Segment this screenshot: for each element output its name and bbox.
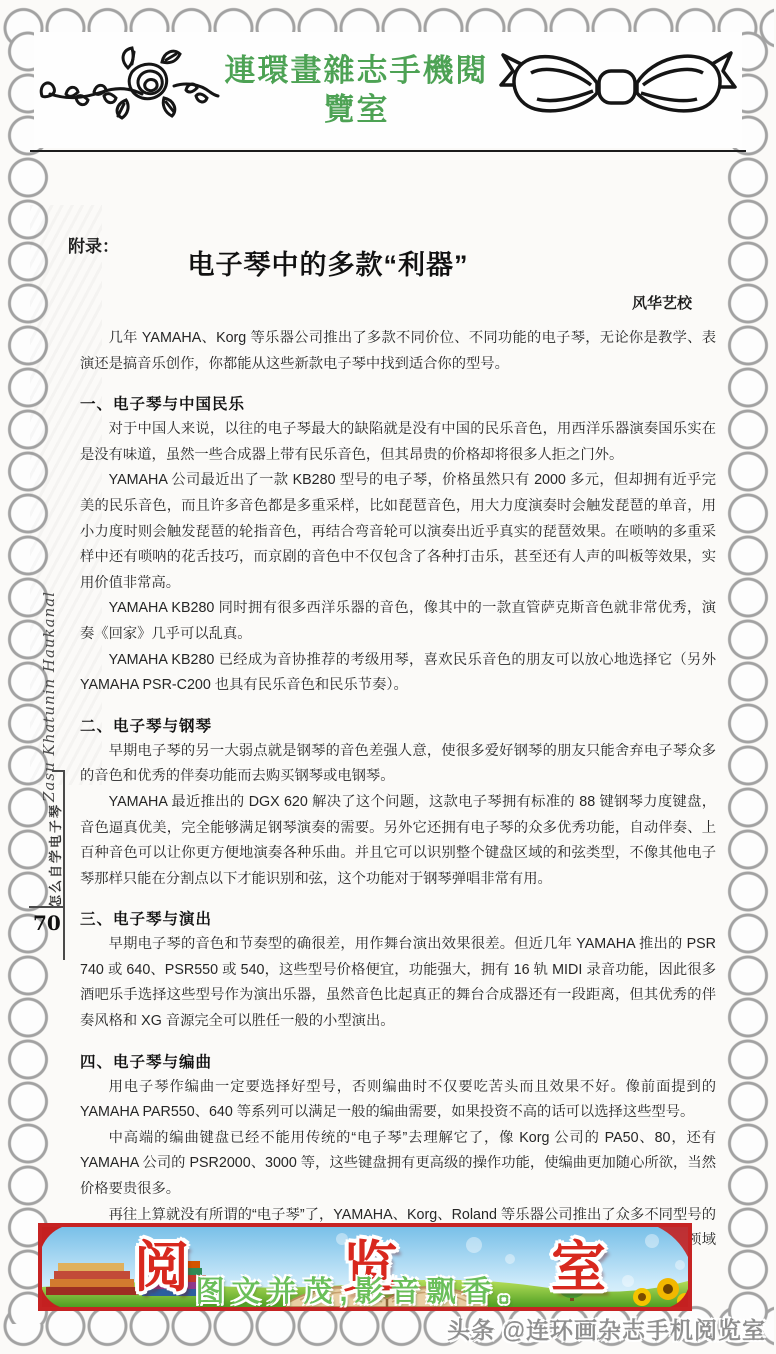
paragraph: 中高端的编曲键盘已经不能用传统的“电子琴”去理解它了，像 Korg 公司的 PA… bbox=[80, 1126, 716, 1203]
section-heading-1: 一、电子琴与中国民乐 bbox=[80, 392, 716, 414]
section-heading-4: 四、电子琴与编曲 bbox=[80, 1050, 716, 1072]
spine-vertical-title: 怎么自学电子琴 bbox=[45, 786, 64, 908]
intro-paragraph: 几年 YAMAHA、Korg 等乐器公司推出了多款不同价位、不同功能的电子琴，无… bbox=[80, 326, 716, 377]
spine-rule-horizontal bbox=[29, 906, 64, 908]
header-divider bbox=[30, 150, 746, 152]
banner-subtitle: 图文并茂,影音飘香。 bbox=[42, 1269, 688, 1310]
toutiao-watermark: 头条 @连环画杂志手机阅览室 bbox=[447, 1312, 766, 1345]
paragraph: YAMAHA 公司最近出了一款 KB280 型号的电子琴，价格虽然只有 2000… bbox=[80, 468, 716, 596]
appendix-label: 附录： bbox=[68, 232, 119, 257]
masthead: 連環畫雜志手機閱 覽室 bbox=[34, 32, 742, 148]
article: 电子琴中的多款“利器” 风华艺校 几年 YAMAHA、Korg 等乐器公司推出了… bbox=[80, 225, 716, 1279]
section-heading-3: 三、电子琴与演出 bbox=[80, 907, 716, 929]
paragraph: 用电子琴作编曲一定要选择好型号，否则编曲时不仅要吃苦头而且效果不好。像前面提到的… bbox=[80, 1075, 716, 1126]
paragraph: 早期电子琴的另一大弱点就是钢琴的音色差强人意，使很多爱好钢琴的朋友只能舍弃电子琴… bbox=[80, 739, 716, 790]
spine-rule-vertical bbox=[63, 770, 65, 960]
spine-rule-tick bbox=[52, 770, 64, 772]
masthead-title-line2: 覽室 bbox=[225, 90, 489, 129]
paragraph: YAMAHA KB280 同时拥有很多西洋乐器的音色，像其中的一款直管萨克斯音色… bbox=[80, 596, 716, 647]
scanned-magazine-page: 連環畫雜志手機閱 覽室 Zasu Khatunin Haukanal 怎么自学电… bbox=[0, 0, 776, 1354]
paragraph: YAMAHA 最近推出的 DGX 620 解决了这个问题，这款电子琴拥有标准的 … bbox=[80, 790, 716, 892]
flower-vine-icon bbox=[36, 42, 221, 139]
paragraph: 早期电子琴的音色和节奏型的确很差，用作舞台演出效果很差。但近几年 YAMAHA … bbox=[80, 932, 716, 1034]
paragraph: YAMAHA KB280 已经成为音协推荐的考级用琴，喜欢民乐音色的朋友可以放心… bbox=[80, 648, 716, 699]
bow-ribbon-icon bbox=[493, 41, 741, 140]
masthead-title: 連環畫雜志手機閱 覽室 bbox=[225, 51, 489, 129]
paragraph: 对于中国人来说，以往的电子琴最大的缺陷就是没有中国的民乐音色，用西洋乐器演奏国乐… bbox=[80, 417, 716, 468]
section-heading-2: 二、电子琴与钢琴 bbox=[80, 714, 716, 736]
page-number: 70 bbox=[33, 911, 61, 935]
article-author: 风华艺校 bbox=[80, 292, 716, 313]
masthead-title-line1: 連環畫雜志手機閱 bbox=[225, 51, 489, 90]
footer-banner: 阅 览 室 图文并茂,影音飘香。 bbox=[38, 1223, 692, 1311]
scallop-border-right bbox=[725, 30, 771, 1324]
article-title: 电子琴中的多款“利器” bbox=[80, 243, 716, 282]
